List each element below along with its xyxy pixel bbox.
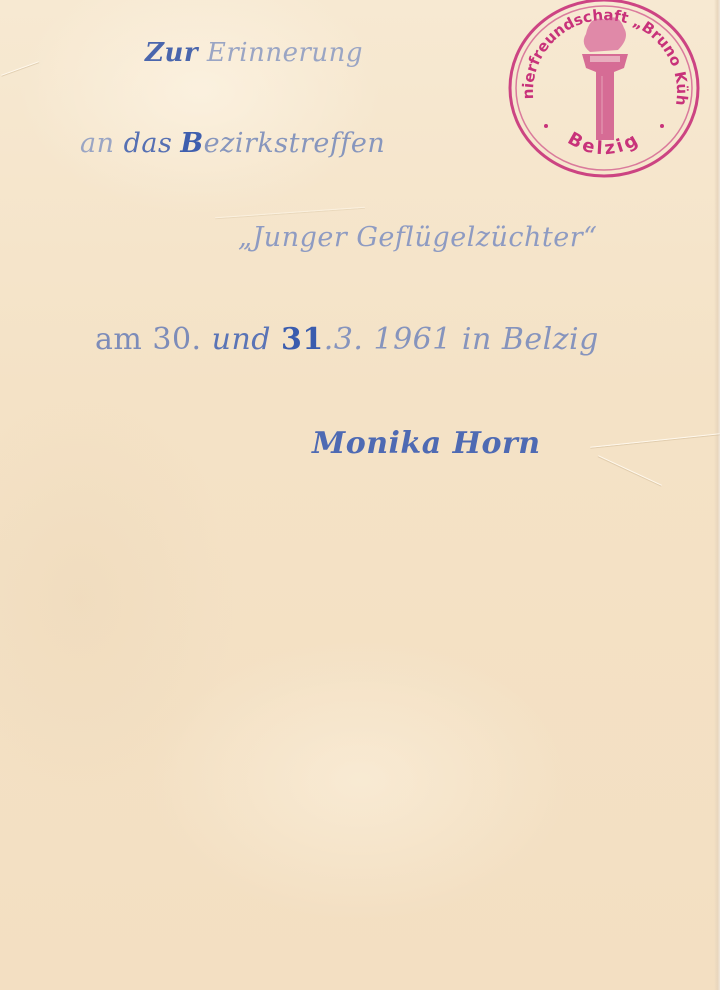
text-31: 31	[281, 322, 324, 357]
text-line-1: Zur Erinnerung	[145, 38, 363, 68]
paper-crease	[1, 61, 39, 76]
word-und: und	[212, 322, 271, 357]
signature-name: Monika Horn	[312, 426, 541, 461]
word-erinnerung: Erinnerung	[207, 38, 363, 68]
torch-icon	[582, 17, 628, 140]
signature: Monika Horn	[312, 426, 541, 461]
rubber-stamp: Pionierfreundschaft „Bruno Kühn“ Belzig	[506, 0, 702, 180]
text-line-3: „Junger Geflügelzüchter“	[238, 222, 597, 253]
letter-b: B	[180, 128, 203, 159]
document-page: Zur Erinnerung an dasBezirkstreffen „Jun…	[0, 0, 720, 990]
text-am-30: am 30.	[95, 322, 202, 357]
paper-crease	[215, 207, 365, 218]
word-an: an	[80, 128, 115, 159]
word-zur: Zur	[145, 38, 198, 68]
word-junger-gefluegelzuechter: „Junger Geflügelzüchter“	[238, 222, 597, 253]
paper-crease	[590, 433, 719, 448]
text-line-2: an dasBezirkstreffen	[80, 128, 385, 159]
word-das: das	[124, 128, 173, 159]
text-date-place: .3. 1961 in Belzig	[324, 322, 599, 357]
word-ezirkstreffen: ezirkstreffen	[204, 128, 386, 159]
paper-edge	[714, 0, 720, 990]
text-line-4: am 30. und 31.3. 1961 in Belzig	[95, 322, 599, 357]
paper-crease	[598, 455, 662, 485]
